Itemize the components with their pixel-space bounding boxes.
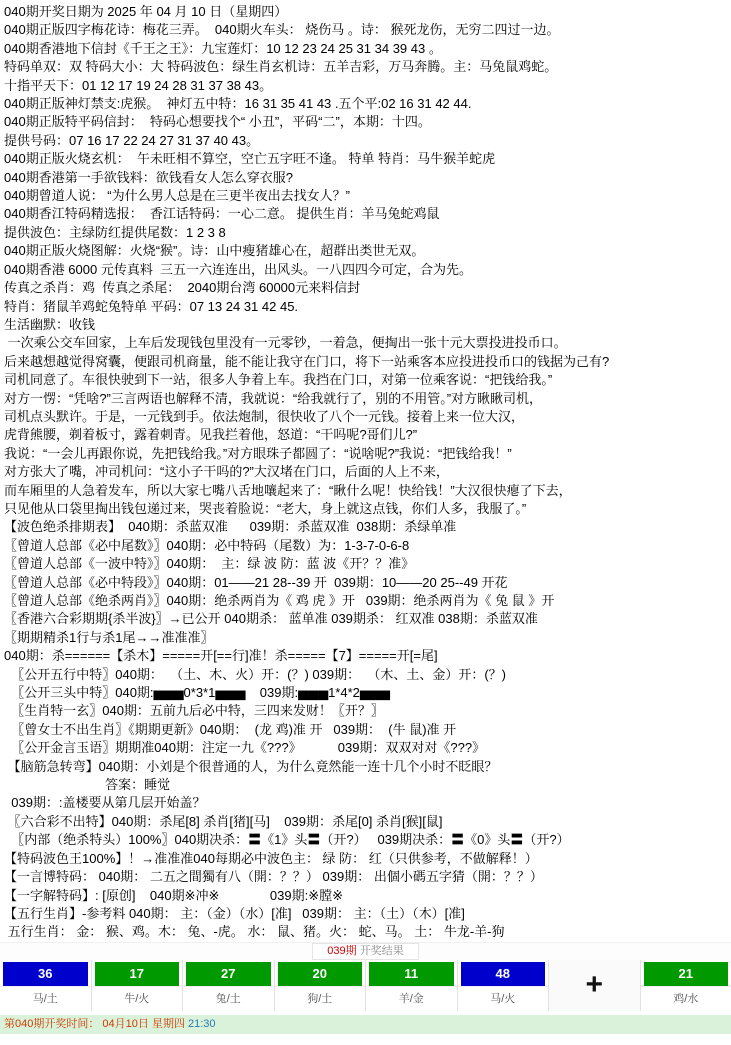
text-line: 〖曾女士不出生肖〗《期期更新》040期： (龙 鸡)准 开 039期： (牛 鼠… — [4, 721, 727, 739]
text-line: 【一言博特码： 040期： 二五之間獨有八（開：？？） 039期： 出個小碼五字… — [4, 868, 727, 886]
text-line: 040期正版火烧图解：火烧“猴”。诗：山中瘦猪雄心在，超群出类世无双。 — [4, 242, 727, 260]
text-line: 040期正版特平码信封： 特码心想要找个“ 小丑”，平码“二”，本期：十四。 — [4, 113, 727, 131]
next-draw-prefix: 第040期开奖时间： — [4, 1018, 102, 1030]
result-ball-number: 36 — [3, 962, 88, 986]
next-draw-info-bar: 第040期开奖时间： 04月10日 星期四 21:30 — [0, 1015, 731, 1034]
text-line: 〖六合彩不出特】040期：杀尾[8] 杀肖[猪][马] 039期：杀尾[0] 杀… — [4, 813, 727, 831]
text-line: 十指平天下：01 12 17 19 24 28 31 37 38 43。 — [4, 77, 727, 95]
result-ball-column: 11羊/金 — [366, 960, 458, 1011]
text-line: 〖香港六合彩期期{杀半波}〗→已公开 040期杀： 蓝单准 039期杀： 红双准… — [4, 610, 727, 628]
text-line: 【一字解特码】: [原创] 040期※冲※ 039期:※膛※ — [4, 887, 727, 905]
result-ball-zodiac-label: 狗/土 — [275, 986, 366, 1011]
text-line: 传真之杀肖：鸡 传真之杀尾： 2040期台湾 60000元来料信封 — [4, 279, 727, 297]
result-ball-number: 11 — [369, 962, 454, 986]
text-line: 一次乘公交车回家，上车后发现钱包里没有一元零钞，一着急，便掏出一张十元大票投进投… — [4, 334, 727, 352]
text-line: 我说：“一会儿再跟你说，先把钱给我。”对方眼珠子都圆了：“说啥呢?”我说：“把钱… — [4, 445, 727, 463]
result-period-label: 039期 — [327, 945, 356, 957]
text-line: 〖曾道人总部《绝杀两肖》〗040期：绝杀两肖为《 鸡 虎 》开 039期：绝杀两… — [4, 592, 727, 610]
result-ball-column: 21鸡/水 — [641, 960, 731, 1011]
text-line: 对方张大了嘴，冲司机问：“这小子干吗的?”大汉堵在门口，后面的人上不来， — [4, 463, 727, 481]
lottery-result-table: 36马/土17牛/火27兔/土20狗/土11羊/金48马/火+21鸡/水 — [0, 960, 731, 1011]
result-ball-column: 27兔/土 — [183, 960, 275, 1011]
text-line: 〖内部（绝杀特头）100%〗040期决杀：〓《1》头〓（开?） 039期决杀：〓… — [4, 831, 727, 849]
plus-icon: + — [585, 970, 603, 1000]
text-line: 040期曾道人说： “为什么男人总是在三更半夜出去找女人？” — [4, 187, 727, 205]
result-tab-row: 039期 开奖结果 — [0, 942, 731, 960]
result-ball-number: 20 — [278, 962, 363, 986]
text-line: 后来越想越觉得窝囊，便跟司机商量，能不能让我守在门口，将下一站乘客本应投进投币口… — [4, 353, 727, 371]
text-line: 特肖：猪鼠羊鸡蛇兔特单 平码：07 13 24 31 42 45. — [4, 298, 727, 316]
result-ball-zodiac-label: 牛/火 — [92, 986, 183, 1011]
text-line: 040期正版四字梅花诗：梅花三弄。 040期火车头： 烧伤马 。诗： 猴死龙伤，… — [4, 21, 727, 39]
text-line: 虎背熊腰，剃着板寸，露着刺青。见我拦着他，怒道：“干吗呢?哥们儿?” — [4, 426, 727, 444]
text-line: 040期开奖日期为 2025 年 04 月 10 日（星期四） — [4, 3, 727, 21]
text-line: 提供号码：07 16 17 22 24 27 31 37 40 43。 — [4, 132, 727, 150]
text-line: 【五行生肖】-参考料 040期： 主：（金）（水）[准] 039期： 主：（土）… — [4, 905, 727, 923]
text-line: 〖曾道人总部《必中尾数》〗040期：必中特码（尾数）为：1-3-7-0-6-8 — [4, 537, 727, 555]
text-line: 司机同意了。车很快驶到下一站，很多人争着上车。我挡在门口，对第一位乘客说：“把钱… — [4, 371, 727, 389]
text-line: 〖公开三头中特〗040期:▅▅▅0*3*1▅▅▅ 039期:▅▅▅1*4*2▅▅… — [4, 684, 727, 702]
text-line: 生活幽默：收钱 — [4, 316, 727, 334]
text-line: 〖期期精杀1行与杀1尾→→准准准〗 — [4, 629, 727, 647]
result-ball-number: 21 — [644, 962, 729, 986]
text-line: 特码单双：双 特码大小：大 特码波色：绿生肖玄机诗：五羊吉彩，万马奔腾。主：马兔… — [4, 58, 727, 76]
result-ball-number: 17 — [95, 962, 180, 986]
result-ball-zodiac-label: 兔/土 — [183, 986, 274, 1011]
text-line: 040期香江特码精选报： 香江话特码：一心二意。 提供生肖：羊马兔蛇鸡鼠 — [4, 205, 727, 223]
result-ball-zodiac-label: 马/土 — [0, 986, 91, 1011]
result-ball-column: 48马/火 — [458, 960, 550, 1011]
text-line: 而车厢里的人急着发车，所以大家七嘴八舌地嚷起来了：“瞅什么呢！快给钱！”大汉很快… — [4, 482, 727, 500]
result-ball-number: 48 — [461, 962, 546, 986]
text-line: 对方一愣：“凭啥?”三言两语也解释不清，我就说：“给我就行了，别的不用管。”对方… — [4, 390, 727, 408]
text-line: 040期正版神灯禁支:虎猴。 神灯五中特：16 31 35 41 43 .五个平… — [4, 95, 727, 113]
text-line: 司机点头默许。于是，一元钱到手。依法炮制，很快收了八个一元钱。接着上来一位大汉， — [4, 408, 727, 426]
next-draw-time: 21:30 — [188, 1018, 216, 1030]
plus-separator: + — [549, 960, 641, 1011]
result-ball-column: 20狗/土 — [275, 960, 367, 1011]
text-line: 〖曾道人总部《必中特段》〗040期：01——21 28--39 开 039期：1… — [4, 574, 727, 592]
text-line: 〖曾道人总部《一波中特》〗040期： 主：绿 波 防：蓝 波《开？？准》 — [4, 555, 727, 573]
text-line: 【特码波色王100%】！→准准准040每期必中波色主： 绿 防： 红（只供参考，… — [4, 850, 727, 868]
result-ball-zodiac-label: 羊/金 — [366, 986, 457, 1011]
text-line: 五行生肖： 金： 猴、鸡。木： 兔、-虎。 水： 鼠、猪。火： 蛇、马。 土： … — [4, 923, 727, 941]
result-ball-zodiac-label: 马/火 — [458, 986, 549, 1011]
result-tab-text: 开奖结果 — [360, 945, 404, 957]
text-line: 040期香港 6000 元传真料 三五一六连连出，出风头。一八四四今可定，合为先… — [4, 261, 727, 279]
text-line: 【脑筋急转弯】040期：小刘是个很普通的人，为什么竟然能一连十几个小时不眨眼？ — [4, 758, 727, 776]
text-line: 039期：:盖楼要从第几层开始盖？ — [4, 794, 727, 812]
text-line: 〖公开金言玉语〗期期准040期：注定一九《???》 039期：双双对对《???》 — [4, 739, 727, 757]
text-line: 只见他从口袋里掏出钱包递过来，哭丧着脸说：“老大，身上就这点钱，你们人多，我服了… — [4, 500, 727, 518]
text-line: 040期香港地下信封《千王之王》：九宝莲灯：10 12 23 24 25 31 … — [4, 40, 727, 58]
result-ball-column: 36马/土 — [0, 960, 92, 1011]
text-line: 【波色绝杀排期表】 040期：杀蓝双准 039期：杀蓝双准 038期：杀绿单准 — [4, 518, 727, 536]
next-draw-date: 04月10日 星期四 — [102, 1018, 188, 1030]
text-line: 040期正版火烧玄机： 午未旺相不算空，空亡五字旺不逢。 特单 特肖：马牛猴羊蛇… — [4, 150, 727, 168]
text-line: 040期香港第一手欲钱料：欲钱看女人怎么穿衣服? — [4, 169, 727, 187]
result-ball-zodiac-label: 鸡/水 — [641, 986, 731, 1011]
text-line: 答案：睡觉 — [4, 776, 727, 794]
text-line: 〖生肖特一玄〗040期：五前九后必中特，三四来发财！〖开？〗 — [4, 702, 727, 720]
result-ball-column: 17牛/火 — [92, 960, 184, 1011]
result-ball-number: 27 — [186, 962, 271, 986]
text-line: 040期：杀======【杀木】=====开[==行]准！杀=====【7】==… — [4, 647, 727, 665]
result-period-tab[interactable]: 039期 开奖结果 — [312, 943, 418, 960]
tips-text-body: 040期开奖日期为 2025 年 04 月 10 日（星期四）040期正版四字梅… — [0, 0, 731, 942]
text-line: 提供波色：主绿防红提供尾数：1 2 3 8 — [4, 224, 727, 242]
text-line: 〖公开五行中特〗040期： （土、木、火）开：(？) 039期： （木、土、金）… — [4, 666, 727, 684]
